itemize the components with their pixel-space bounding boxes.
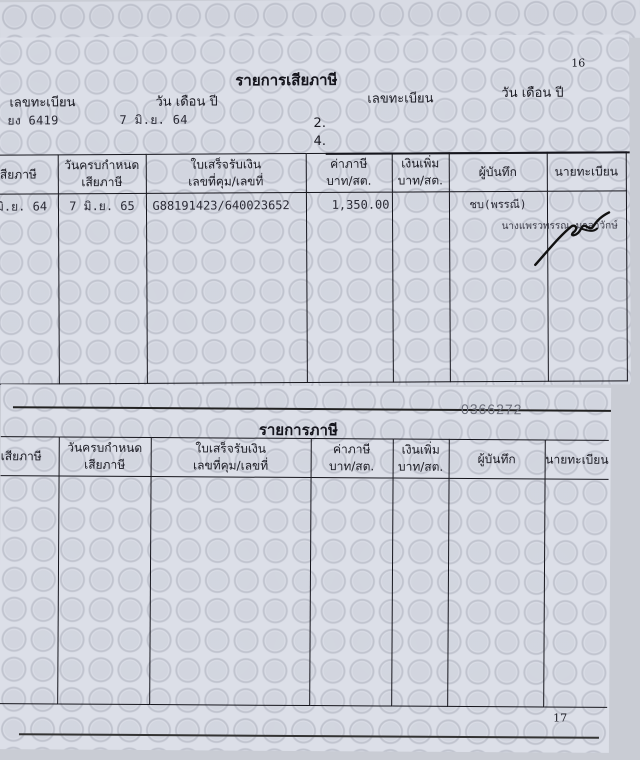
date-value: 7 มิ.ย. 64 xyxy=(119,111,187,130)
col-due-date: วันครบกำหนด เสียภาษี xyxy=(58,154,146,193)
col-receipt: ใบเสร็จรับเงิน เลขที่คุม/เลขที่ xyxy=(146,154,306,194)
col-recorder: ผู้บันทึก xyxy=(449,439,545,479)
col-receipt: ใบเสร็จรับเงิน เลขที่คุม/เลขที่ xyxy=(151,438,311,478)
paid-date-cell: มิ.ย. 64 xyxy=(0,194,59,384)
item-number-2: 2. xyxy=(314,116,326,131)
col-registrar: นายทะเบียน xyxy=(547,152,626,191)
page-number: 17 xyxy=(553,712,567,725)
due-date-cell: 7 มิ.ย. 65 xyxy=(58,193,147,383)
table-header-row: เสียภาษี วันครบกำหนด เสียภาษี ใบเสร็จรับ… xyxy=(1,437,609,480)
col-surcharge: เงินเพิ่ม บาท/สต. xyxy=(393,439,449,478)
divider xyxy=(19,734,599,739)
col-paid-date: เสียภาษี xyxy=(1,437,59,476)
date-label: วัน เดือน ปี xyxy=(155,90,217,111)
tax-record-page-17: 0366272 รายการภาษี เสียภาษี วันครบกำหนด … xyxy=(0,384,611,753)
col-tax: ค่าภาษี บาท/สต. xyxy=(306,153,392,192)
tax-amount-cell: 1,350.00 xyxy=(306,192,393,382)
col-recorder: ผู้บันทึก xyxy=(449,152,547,192)
right-registration-label: เลขทะเบียน xyxy=(367,87,433,108)
col-registrar: นายทะเบียน xyxy=(545,440,609,479)
item-number-4: 4. xyxy=(314,134,326,149)
section-title: รายการเสียภาษี xyxy=(235,68,337,93)
tax-payment-table: เสียภาษี วันครบกำหนด เสียภาษี ใบเสร็จรับ… xyxy=(0,151,627,384)
table-row-empty xyxy=(0,476,609,708)
col-due-date: วันครบกำหนด เสียภาษี xyxy=(59,437,151,477)
tax-record-page-16: 16 รายการเสียภาษี เลขทะเบียน ยง 6419 วัน… xyxy=(0,34,631,387)
receipt-cell: G88191423/640023652 xyxy=(146,193,307,384)
col-paid-date: เสียภาษี xyxy=(0,155,58,194)
col-surcharge: เงินเพิ่ม บาท/สต. xyxy=(392,153,449,192)
recorder-initials: ชบ(พรรณี) xyxy=(469,198,526,211)
registrar-signature-icon xyxy=(531,206,611,266)
registration-value: ยง 6419 xyxy=(7,111,58,130)
registration-label: เลขทะเบียน xyxy=(9,91,75,112)
right-date-label: วัน เดือน ปี xyxy=(501,82,563,103)
serial-number: 0366272 xyxy=(461,401,523,417)
surcharge-cell xyxy=(392,192,450,382)
page-number: 16 xyxy=(571,57,585,70)
table-header-row: เสียภาษี วันครบกำหนด เสียภาษี ใบเสร็จรับ… xyxy=(0,152,626,194)
tax-list-table: เสียภาษี วันครบกำหนด เสียภาษี ใบเสร็จรับ… xyxy=(0,436,609,708)
col-tax: ค่าภาษี บาท/สต. xyxy=(311,439,393,479)
